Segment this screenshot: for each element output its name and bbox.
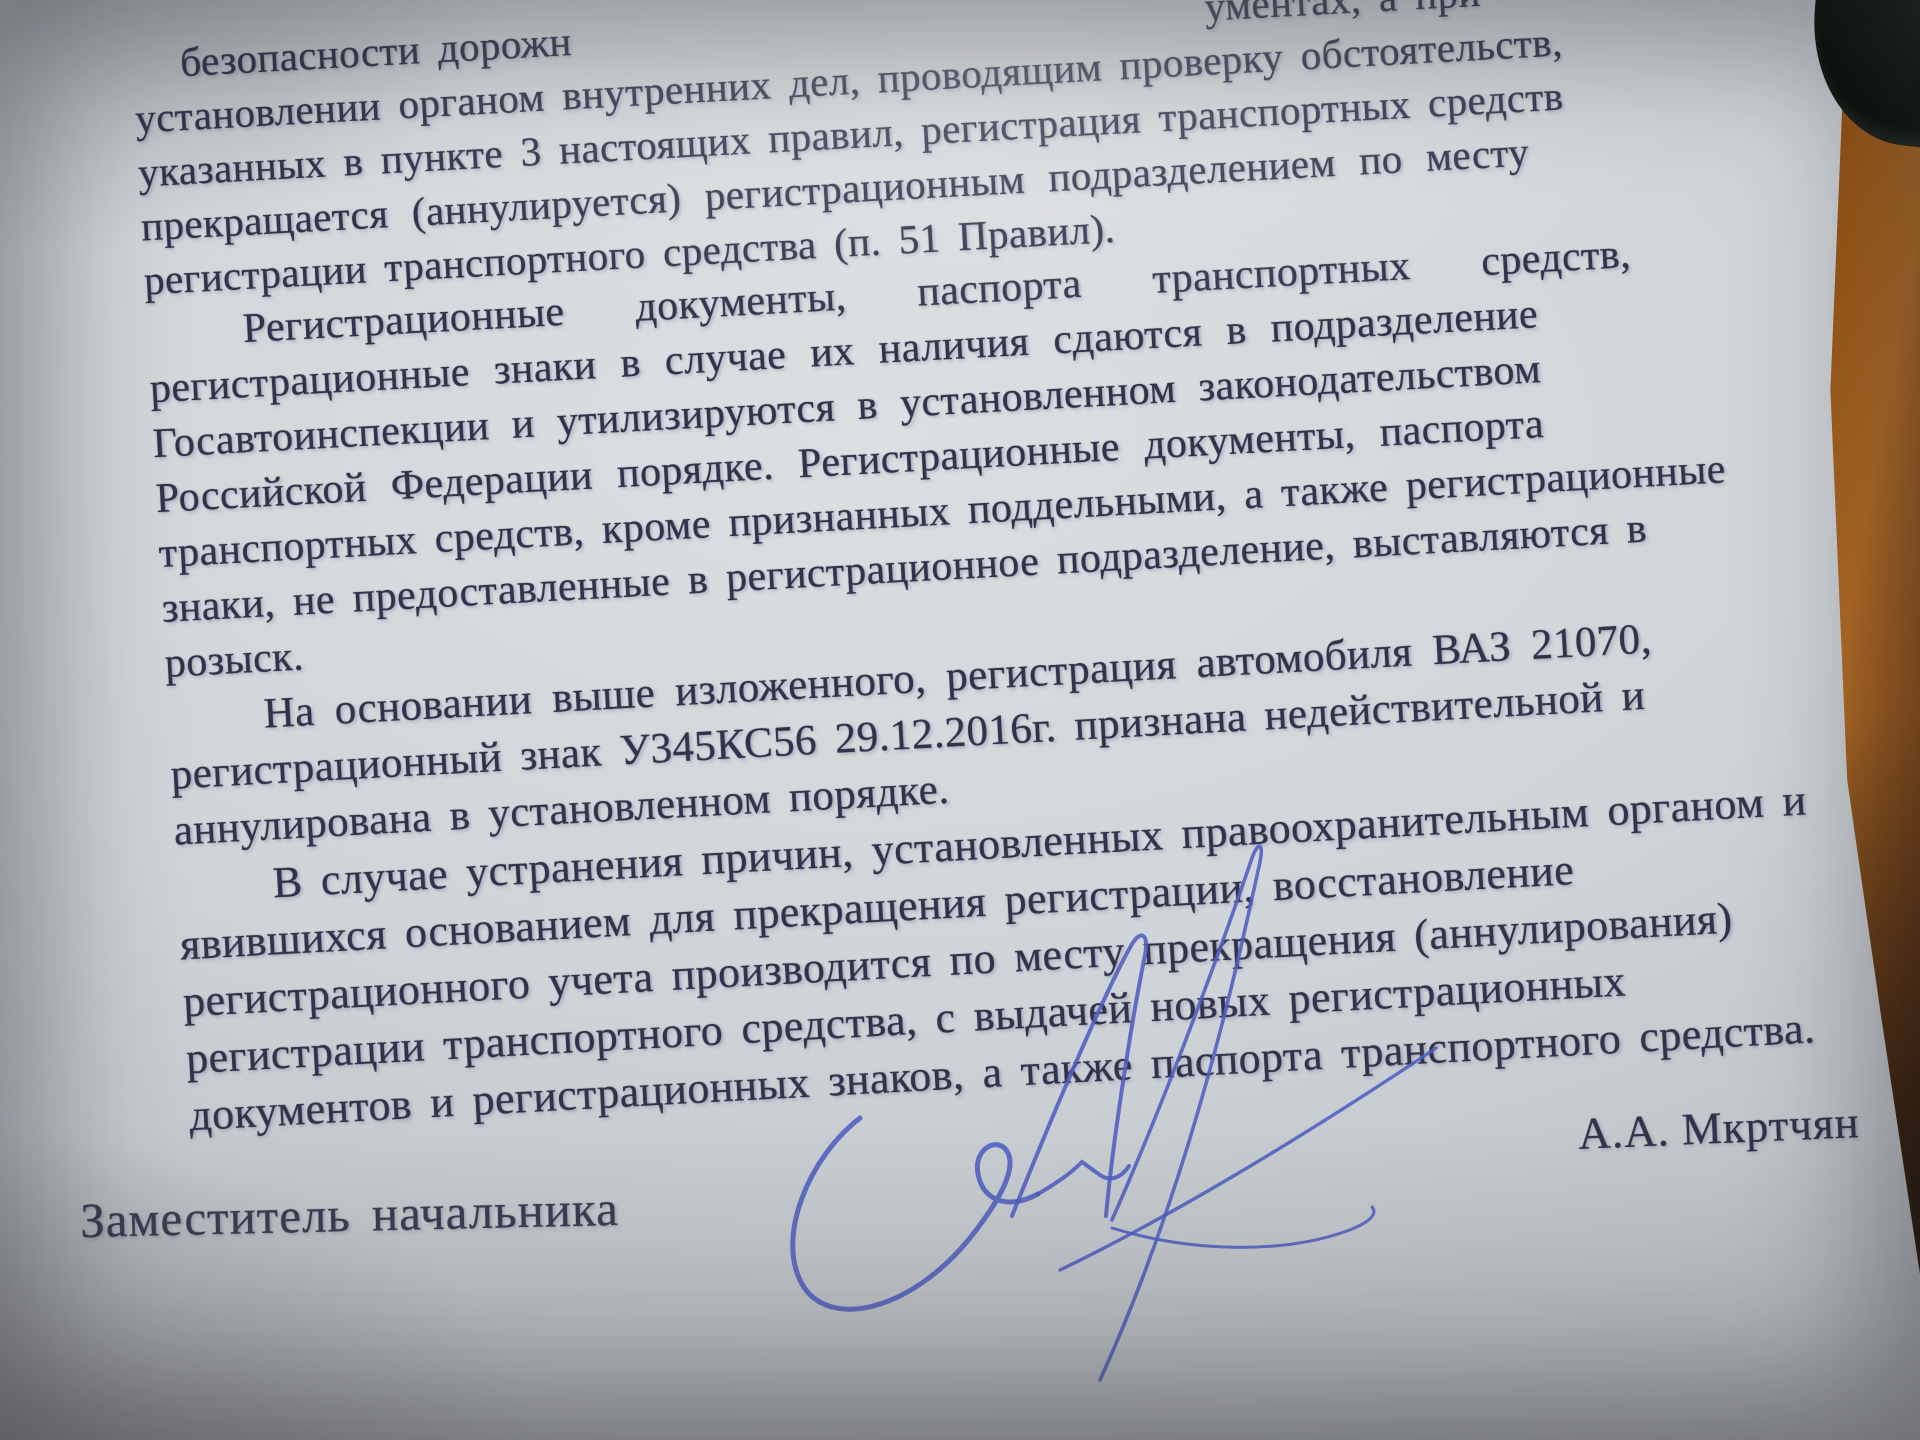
document-photo: безопасности дорожн ументах, а при устан… — [0, 0, 1920, 1440]
signer-title: Заместитель начальника — [79, 1180, 619, 1249]
letter-body: безопасности дорожн ументах, а при устан… — [131, 0, 1579, 1144]
